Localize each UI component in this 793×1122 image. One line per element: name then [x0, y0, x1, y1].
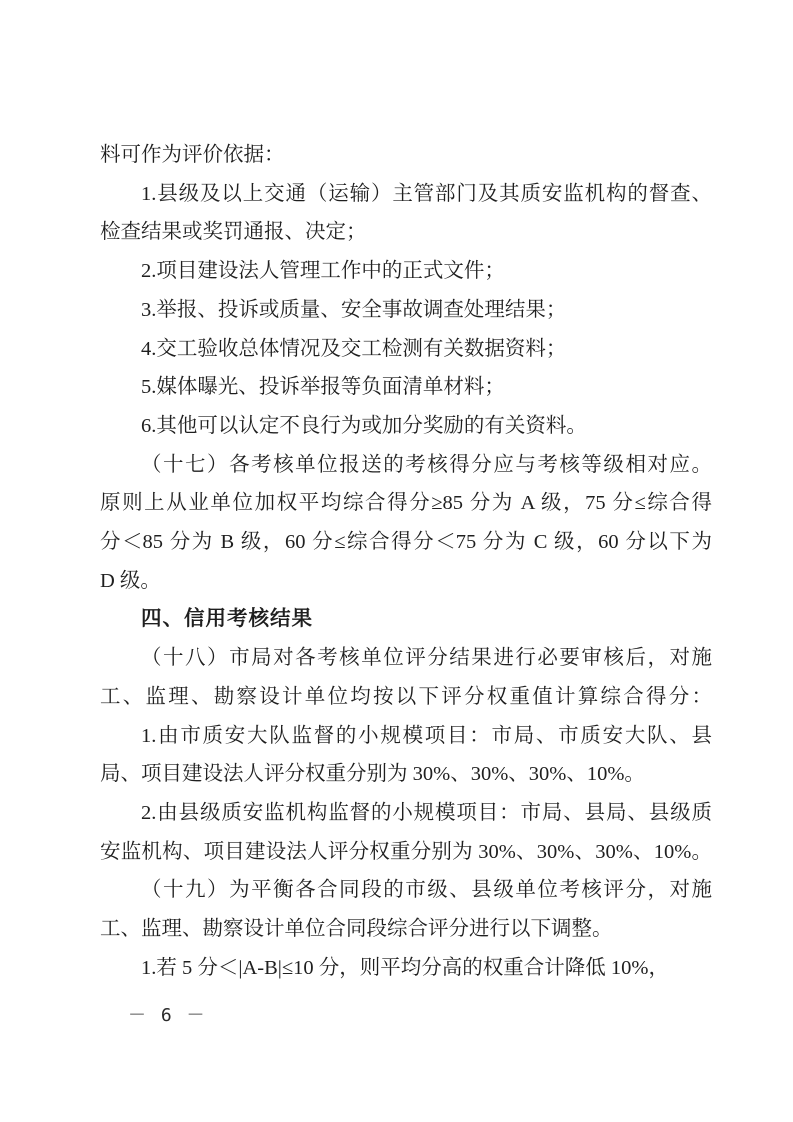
text-line: 工、监理、勘察设计单位合同段综合评分进行以下调整。: [100, 910, 712, 949]
text-line: 安监机构、项目建设法人评分权重分别为 30%、30%、30%、10%。: [100, 833, 712, 872]
text-line: 四、信用考核结果: [100, 600, 712, 639]
text-line: 工、监理、勘察设计单位均按以下评分权重值计算综合得分：: [100, 678, 712, 717]
text-line: （十七）各考核单位报送的考核得分应与考核等级相对应。: [100, 446, 712, 485]
page-number: － 6 －: [128, 1001, 207, 1027]
text-line: 原则上从业单位加权平均综合得分≥85 分为 A 级，75 分≤综合得: [100, 484, 712, 523]
text-line: 3.举报、投诉或质量、安全事故调查处理结果；: [100, 291, 712, 330]
text-line: D 级。: [100, 562, 712, 601]
text-line: 5.媒体曝光、投诉举报等负面清单材料；: [100, 368, 712, 407]
text-line: （十九）为平衡各合同段的市级、县级单位考核评分，对施: [100, 871, 712, 910]
text-line: 料可作为评价依据：: [100, 136, 712, 175]
document-page: 料可作为评价依据：1.县级及以上交通（运输）主管部门及其质安监机构的督查、检查结…: [0, 0, 793, 1122]
text-line: 2.由县级质安监机构监督的小规模项目：市局、县局、县级质: [100, 794, 712, 833]
text-line: 6.其他可以认定不良行为或加分奖励的有关资料。: [100, 407, 712, 446]
text-line: 检查结果或奖罚通报、决定；: [100, 213, 712, 252]
text-line: （十八）市局对各考核单位评分结果进行必要审核后，对施: [100, 639, 712, 678]
document-body: 料可作为评价依据：1.县级及以上交通（运输）主管部门及其质安监机构的督查、检查结…: [100, 136, 712, 987]
text-line: 1.县级及以上交通（运输）主管部门及其质安监机构的督查、: [100, 175, 712, 214]
text-line: 1.若 5 分＜|A-B|≤10 分，则平均分高的权重合计降低 10%，: [100, 949, 712, 988]
text-line: 2.项目建设法人管理工作中的正式文件；: [100, 252, 712, 291]
text-line: 4.交工验收总体情况及交工检测有关数据资料；: [100, 330, 712, 369]
text-line: 1.由市质安大队监督的小规模项目：市局、市质安大队、县: [100, 717, 712, 756]
text-line: 分＜85 分为 B 级，60 分≤综合得分＜75 分为 C 级，60 分以下为: [100, 523, 712, 562]
text-line: 局、项目建设法人评分权重分别为 30%、30%、30%、10%。: [100, 755, 712, 794]
